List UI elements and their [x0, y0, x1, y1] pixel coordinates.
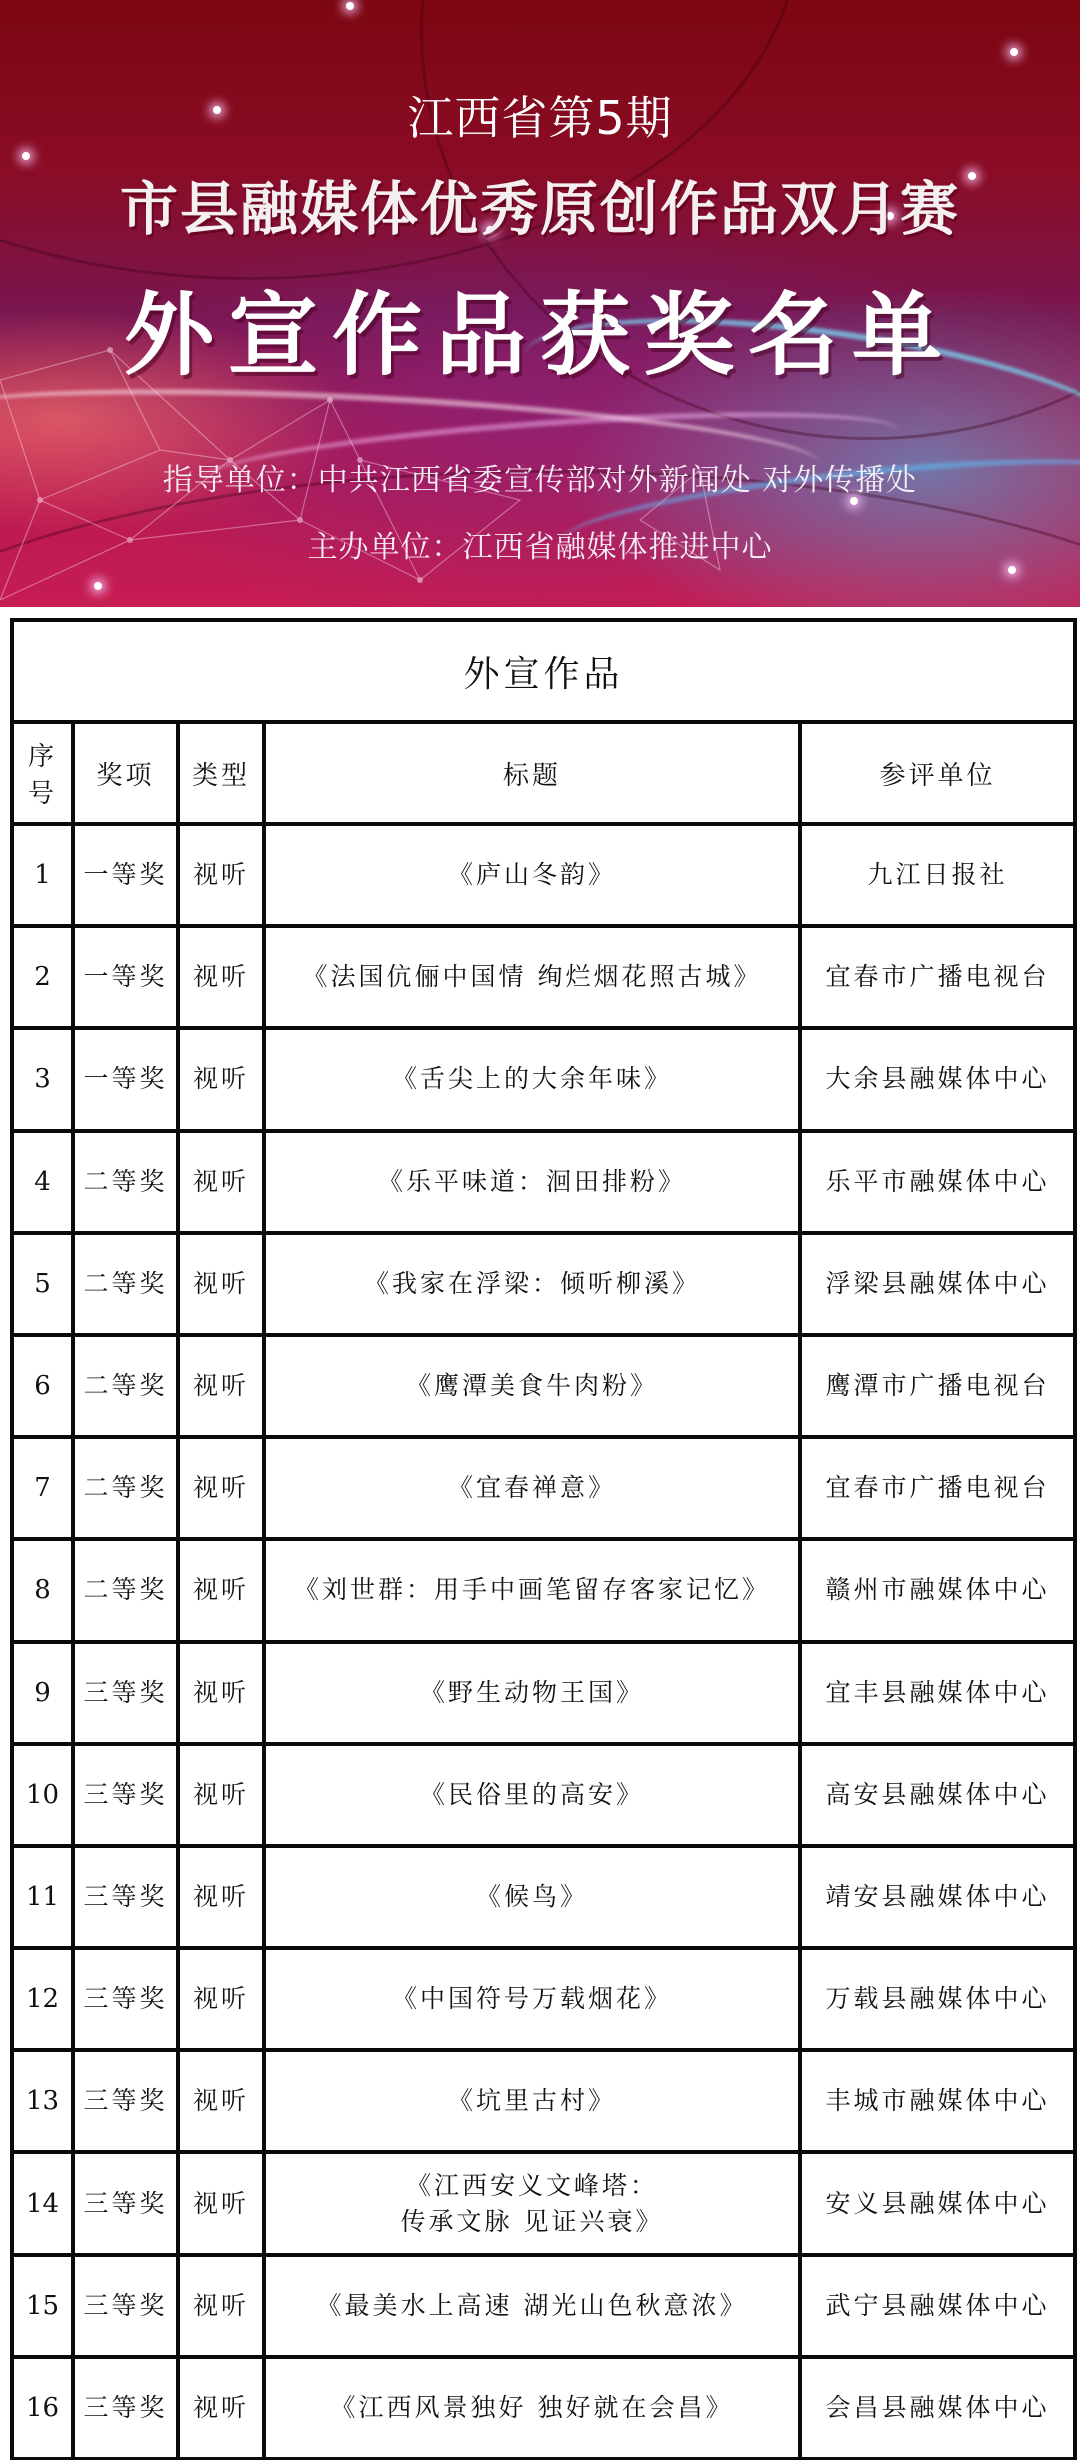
- cell-no: 10: [12, 1744, 73, 1846]
- cell-unit: 宜春市广播电视台: [800, 926, 1075, 1028]
- cell-type: 视听: [178, 1131, 264, 1233]
- cell-title: 《江西风景独好 独好就在会昌》: [264, 2357, 800, 2459]
- cell-unit: 会昌县融媒体中心: [800, 2357, 1075, 2459]
- sparkle-icon: [1008, 566, 1016, 574]
- cell-type: 视听: [178, 1335, 264, 1437]
- column-header-title: 标题: [264, 722, 800, 824]
- table-row: 5 二等奖 视听 《我家在浮梁：倾听柳溪》 浮梁县融媒体中心: [12, 1233, 1075, 1335]
- sparkle-icon: [22, 152, 30, 160]
- cell-type: 视听: [178, 2050, 264, 2152]
- table-row: 9 三等奖 视听 《野生动物王国》 宜丰县融媒体中心: [12, 1642, 1075, 1744]
- cell-award: 二等奖: [73, 1233, 178, 1335]
- cell-no: 12: [12, 1948, 73, 2050]
- cell-title: 《乐平味道：洄田排粉》: [264, 1131, 800, 1233]
- cell-unit: 安义县融媒体中心: [800, 2152, 1075, 2254]
- cell-title: 《江西安义文峰塔： 传承文脉 见证兴衰》: [264, 2152, 800, 2254]
- banner-host-unit: 主办单位：江西省融媒体推进中心: [0, 522, 1080, 566]
- cell-title: 《舌尖上的大余年味》: [264, 1028, 800, 1130]
- cell-no: 5: [12, 1233, 73, 1335]
- cell-no: 11: [12, 1846, 73, 1948]
- cell-award: 一等奖: [73, 1028, 178, 1130]
- cell-no: 4: [12, 1131, 73, 1233]
- cell-title: 《坑里古村》: [264, 2050, 800, 2152]
- cell-unit: 万载县融媒体中心: [800, 1948, 1075, 2050]
- cell-title: 《法国伉俪中国情 绚烂烟花照古城》: [264, 926, 800, 1028]
- cell-no: 15: [12, 2255, 73, 2357]
- cell-unit: 乐平市融媒体中心: [800, 1131, 1075, 1233]
- sparkle-icon: [94, 582, 102, 590]
- cell-no: 8: [12, 1539, 73, 1641]
- column-header-no: 序号: [12, 722, 73, 824]
- table-row: 6 二等奖 视听 《鹰潭美食牛肉粉》 鹰潭市广播电视台: [12, 1335, 1075, 1437]
- cell-type: 视听: [178, 2357, 264, 2459]
- table-row: 14 三等奖 视听 《江西安义文峰塔： 传承文脉 见证兴衰》 安义县融媒体中心: [12, 2152, 1075, 2254]
- sparkle-icon: [346, 2, 354, 10]
- cell-type: 视听: [178, 1642, 264, 1744]
- cell-type: 视听: [178, 1846, 264, 1948]
- cell-title: 《中国符号万载烟花》: [264, 1948, 800, 2050]
- cell-title: 《最美水上高速 湖光山色秋意浓》: [264, 2255, 800, 2357]
- cell-type: 视听: [178, 1437, 264, 1539]
- cell-award: 三等奖: [73, 1948, 178, 2050]
- table-row: 15 三等奖 视听 《最美水上高速 湖光山色秋意浓》 武宁县融媒体中心: [12, 2255, 1075, 2357]
- award-table: 外宣作品 序号 奖项 类型 标题 参评单位 1 一等奖 视听 《庐山冬韵》 九江…: [10, 618, 1077, 2460]
- cell-title: 《候鸟》: [264, 1846, 800, 1948]
- header-banner: 江西省第5期 市县融媒体优秀原创作品双月赛 外宣作品获奖名单 指导单位：中共江西…: [0, 0, 1080, 607]
- cell-type: 视听: [178, 1948, 264, 2050]
- cell-title: 《宜春禅意》: [264, 1437, 800, 1539]
- cell-type: 视听: [178, 1744, 264, 1846]
- cell-type: 视听: [178, 926, 264, 1028]
- banner-title: 外宣作品获奖名单: [0, 262, 1080, 392]
- banner-contest-name: 市县融媒体优秀原创作品双月赛: [0, 162, 1080, 246]
- cell-no: 16: [12, 2357, 73, 2459]
- table-row: 12 三等奖 视听 《中国符号万载烟花》 万载县融媒体中心: [12, 1948, 1075, 2050]
- cell-title: 《我家在浮梁：倾听柳溪》: [264, 1233, 800, 1335]
- cell-award: 三等奖: [73, 1642, 178, 1744]
- table-caption: 外宣作品: [12, 620, 1075, 722]
- cell-award: 三等奖: [73, 2050, 178, 2152]
- cell-title: 《民俗里的高安》: [264, 1744, 800, 1846]
- table-row: 7 二等奖 视听 《宜春禅意》 宜春市广播电视台: [12, 1437, 1075, 1539]
- cell-title: 《野生动物王国》: [264, 1642, 800, 1744]
- cell-award: 三等奖: [73, 1744, 178, 1846]
- cell-award: 一等奖: [73, 824, 178, 926]
- table-row: 8 二等奖 视听 《刘世群：用手中画笔留存客家记忆》 赣州市融媒体中心: [12, 1539, 1075, 1641]
- column-header-unit: 参评单位: [800, 722, 1075, 824]
- cell-unit: 大余县融媒体中心: [800, 1028, 1075, 1130]
- cell-unit: 宜丰县融媒体中心: [800, 1642, 1075, 1744]
- cell-award: 二等奖: [73, 1437, 178, 1539]
- column-header-award: 奖项: [73, 722, 178, 824]
- cell-type: 视听: [178, 1233, 264, 1335]
- table-row: 1 一等奖 视听 《庐山冬韵》 九江日报社: [12, 824, 1075, 926]
- cell-award: 三等奖: [73, 2255, 178, 2357]
- cell-type: 视听: [178, 824, 264, 926]
- cell-no: 9: [12, 1642, 73, 1744]
- cell-unit: 九江日报社: [800, 824, 1075, 926]
- cell-no: 2: [12, 926, 73, 1028]
- cell-no: 14: [12, 2152, 73, 2254]
- cell-award: 一等奖: [73, 926, 178, 1028]
- banner-period: 江西省第5期: [0, 82, 1080, 148]
- cell-no: 3: [12, 1028, 73, 1130]
- cell-unit: 丰城市融媒体中心: [800, 2050, 1075, 2152]
- table-row: 4 二等奖 视听 《乐平味道：洄田排粉》 乐平市融媒体中心: [12, 1131, 1075, 1233]
- cell-unit: 高安县融媒体中心: [800, 1744, 1075, 1846]
- cell-unit: 鹰潭市广播电视台: [800, 1335, 1075, 1437]
- cell-type: 视听: [178, 2255, 264, 2357]
- cell-no: 1: [12, 824, 73, 926]
- cell-no: 13: [12, 2050, 73, 2152]
- cell-title: 《鹰潭美食牛肉粉》: [264, 1335, 800, 1437]
- cell-unit: 武宁县融媒体中心: [800, 2255, 1075, 2357]
- cell-unit: 赣州市融媒体中心: [800, 1539, 1075, 1641]
- table-caption-row: 外宣作品: [12, 620, 1075, 722]
- cell-type: 视听: [178, 2152, 264, 2254]
- table-row: 11 三等奖 视听 《候鸟》 靖安县融媒体中心: [12, 1846, 1075, 1948]
- cell-award: 二等奖: [73, 1539, 178, 1641]
- column-header-type: 类型: [178, 722, 264, 824]
- cell-no: 6: [12, 1335, 73, 1437]
- cell-unit: 靖安县融媒体中心: [800, 1846, 1075, 1948]
- banner-guide-unit: 指导单位：中共江西省委宣传部对外新闻处 对外传播处: [0, 455, 1080, 499]
- sparkle-icon: [1010, 48, 1018, 56]
- table-row: 16 三等奖 视听 《江西风景独好 独好就在会昌》 会昌县融媒体中心: [12, 2357, 1075, 2459]
- table-row: 3 一等奖 视听 《舌尖上的大余年味》 大余县融媒体中心: [12, 1028, 1075, 1130]
- cell-award: 二等奖: [73, 1335, 178, 1437]
- cell-award: 二等奖: [73, 1131, 178, 1233]
- cell-award: 三等奖: [73, 1846, 178, 1948]
- cell-title: 《刘世群：用手中画笔留存客家记忆》: [264, 1539, 800, 1641]
- cell-unit: 宜春市广播电视台: [800, 1437, 1075, 1539]
- cell-unit: 浮梁县融媒体中心: [800, 1233, 1075, 1335]
- cell-title: 《庐山冬韵》: [264, 824, 800, 926]
- table-header-row: 序号 奖项 类型 标题 参评单位: [12, 722, 1075, 824]
- table-row: 2 一等奖 视听 《法国伉俪中国情 绚烂烟花照古城》 宜春市广播电视台: [12, 926, 1075, 1028]
- cell-type: 视听: [178, 1539, 264, 1641]
- cell-award: 三等奖: [73, 2152, 178, 2254]
- cell-type: 视听: [178, 1028, 264, 1130]
- table-row: 10 三等奖 视听 《民俗里的高安》 高安县融媒体中心: [12, 1744, 1075, 1846]
- cell-award: 三等奖: [73, 2357, 178, 2459]
- table-row: 13 三等奖 视听 《坑里古村》 丰城市融媒体中心: [12, 2050, 1075, 2152]
- cell-no: 7: [12, 1437, 73, 1539]
